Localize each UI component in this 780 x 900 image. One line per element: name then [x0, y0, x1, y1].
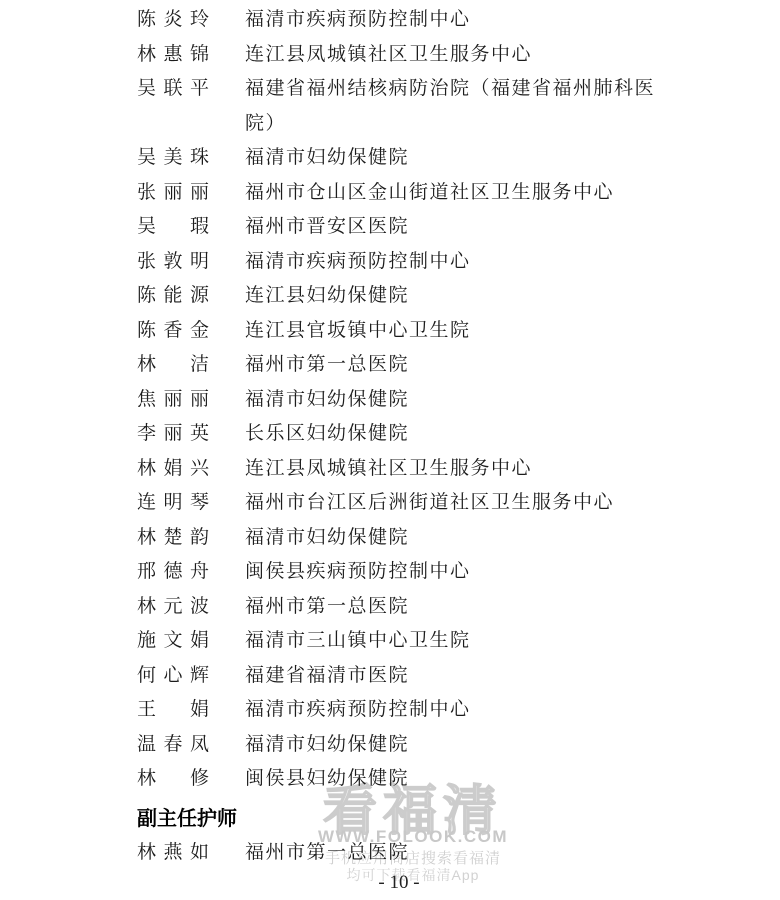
person-name: 吴 瑕: [137, 210, 209, 245]
roster-row: 陈能源连江县妇幼保健院: [137, 279, 697, 314]
person-name: 林惠锦: [137, 38, 209, 73]
roster-row: 林元波福州市第一总医院: [137, 590, 697, 625]
person-name: 施文娟: [137, 624, 209, 659]
roster-row: 张丽丽福州市仓山区金山街道社区卫生服务中心: [137, 176, 697, 211]
organization: 福清市妇幼保健院: [245, 521, 660, 556]
person-name: 吴联平: [137, 72, 209, 107]
person-name: 邢德舟: [137, 555, 209, 590]
roster-row: 林娟兴连江县凤城镇社区卫生服务中心: [137, 452, 697, 487]
organization: 福建省福清市医院: [245, 659, 660, 694]
roster-row: 张敦明福清市疾病预防控制中心: [137, 245, 697, 280]
person-name: 何心辉: [137, 659, 209, 694]
person-name: 连明琴: [137, 486, 209, 521]
roster-row: 连明琴福州市台江区后洲街道社区卫生服务中心: [137, 486, 697, 521]
document-page: 陈炎玲福清市疾病预防控制中心林惠锦连江县凤城镇社区卫生服务中心吴联平福建省福州结…: [137, 3, 697, 871]
roster-row: 王 娟福清市疾病预防控制中心: [137, 693, 697, 728]
person-name: 焦丽丽: [137, 383, 209, 418]
organization: 长乐区妇幼保健院: [245, 417, 660, 452]
roster-row: 吴 瑕福州市晋安区医院: [137, 210, 697, 245]
organization: 福州市晋安区医院: [245, 210, 660, 245]
roster-row: 林惠锦连江县凤城镇社区卫生服务中心: [137, 38, 697, 73]
person-name: 林娟兴: [137, 452, 209, 487]
roster-row: 何心辉福建省福清市医院: [137, 659, 697, 694]
roster-row: 林楚韵福清市妇幼保健院: [137, 521, 697, 556]
person-name: 林燕如: [137, 836, 209, 871]
roster-row: 林 修闽侯县妇幼保健院: [137, 762, 697, 797]
person-name: 陈香金: [137, 314, 209, 349]
person-name: 李丽英: [137, 417, 209, 452]
roster-row: 邢德舟闽侯县疾病预防控制中心: [137, 555, 697, 590]
person-name: 陈能源: [137, 279, 209, 314]
roster-row: 林燕如福州市第一总医院: [137, 836, 697, 871]
organization: 福清市三山镇中心卫生院: [245, 624, 660, 659]
roster-row: 李丽英长乐区妇幼保健院: [137, 417, 697, 452]
person-name: 吴美珠: [137, 141, 209, 176]
roster-row: 焦丽丽福清市妇幼保健院: [137, 383, 697, 418]
organization: 连江县官坂镇中心卫生院: [245, 314, 660, 349]
person-name: 林 洁: [137, 348, 209, 383]
person-name: 王 娟: [137, 693, 209, 728]
organization: 闽侯县疾病预防控制中心: [245, 555, 660, 590]
person-name: 林 修: [137, 762, 209, 797]
organization: 福清市妇幼保健院: [245, 383, 660, 418]
person-name: 张丽丽: [137, 176, 209, 211]
organization: 福清市妇幼保健院: [245, 141, 660, 176]
roster-row: 温春凤福清市妇幼保健院: [137, 728, 697, 763]
roster-row: 吴联平福建省福州结核病防治院（福建省福州肺科医院）: [137, 72, 697, 141]
organization: 福清市疾病预防控制中心: [245, 3, 660, 38]
roster-list-deputy: 林燕如福州市第一总医院: [137, 836, 697, 871]
organization: 福州市台江区后洲街道社区卫生服务中心: [245, 486, 660, 521]
organization: 福州市第一总医院: [245, 348, 660, 383]
organization: 福清市疾病预防控制中心: [245, 693, 660, 728]
person-name: 林楚韵: [137, 521, 209, 556]
organization: 福州市第一总医院: [245, 590, 660, 625]
section-heading-deputy-chief-nurse: 副主任护师: [137, 802, 697, 837]
page-number: - 10 -: [0, 872, 780, 894]
person-name: 陈炎玲: [137, 3, 209, 38]
organization: 福建省福州结核病防治院（福建省福州肺科医院）: [245, 72, 660, 141]
organization: 福州市仓山区金山街道社区卫生服务中心: [245, 176, 660, 211]
organization: 连江县妇幼保健院: [245, 279, 660, 314]
person-name: 温春凤: [137, 728, 209, 763]
roster-list-chief: 陈炎玲福清市疾病预防控制中心林惠锦连江县凤城镇社区卫生服务中心吴联平福建省福州结…: [137, 3, 697, 797]
roster-row: 陈炎玲福清市疾病预防控制中心: [137, 3, 697, 38]
organization: 福清市妇幼保健院: [245, 728, 660, 763]
roster-row: 吴美珠福清市妇幼保健院: [137, 141, 697, 176]
organization: 连江县凤城镇社区卫生服务中心: [245, 452, 660, 487]
roster-row: 陈香金连江县官坂镇中心卫生院: [137, 314, 697, 349]
person-name: 张敦明: [137, 245, 209, 280]
organization: 闽侯县妇幼保健院: [245, 762, 660, 797]
organization: 福州市第一总医院: [245, 836, 660, 871]
roster-row: 林 洁福州市第一总医院: [137, 348, 697, 383]
organization: 连江县凤城镇社区卫生服务中心: [245, 38, 660, 73]
organization: 福清市疾病预防控制中心: [245, 245, 660, 280]
person-name: 林元波: [137, 590, 209, 625]
roster-row: 施文娟福清市三山镇中心卫生院: [137, 624, 697, 659]
